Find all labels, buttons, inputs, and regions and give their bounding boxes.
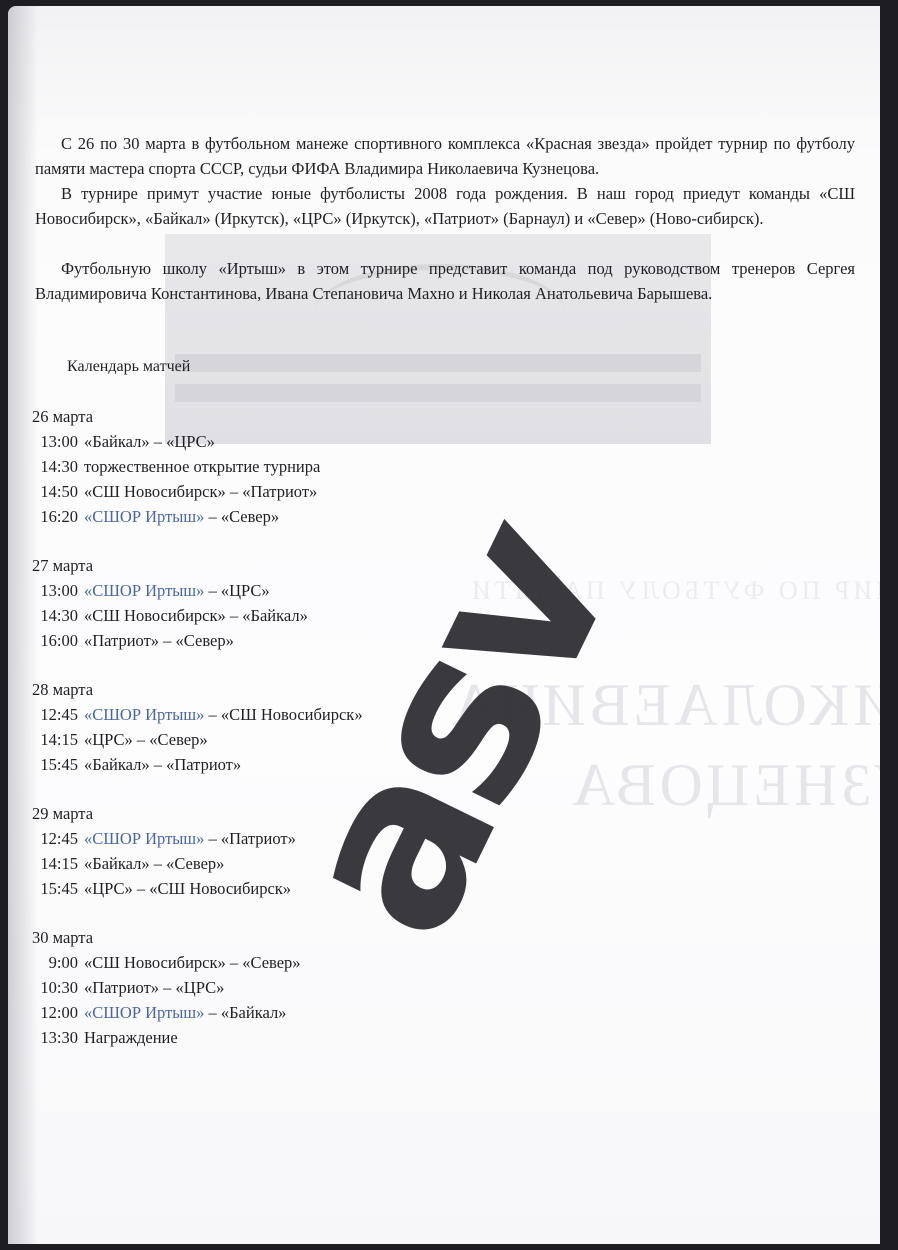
scanned-page: ТУРНИР ПО ФУТБОЛУ ПАМЯТИ ВЛАДИМИРА НИКОЛ… bbox=[8, 6, 880, 1244]
match-text: – «СШ Новосибирск» bbox=[204, 705, 362, 724]
match-row: 14:30торжественное открытие турнира bbox=[30, 454, 550, 479]
schedule-day: 26 марта13:00«Байкал» – «ЦРС»14:30торжес… bbox=[30, 404, 550, 529]
match-time: 12:45 bbox=[30, 702, 78, 727]
schedule-day: 27 марта13:00«СШОР Иртыш» – «ЦРС»14:30«С… bbox=[30, 553, 550, 653]
home-team-highlight: «СШОР Иртыш» bbox=[84, 829, 204, 848]
match-row: 14:50«СШ Новосибирск» – «Патриот» bbox=[30, 479, 550, 504]
match-row: 9:00«СШ Новосибирск» – «Север» bbox=[30, 950, 550, 975]
home-team-highlight: «СШОР Иртыш» bbox=[84, 1003, 204, 1022]
match-text: – «Байкал» bbox=[204, 1003, 286, 1022]
match-time: 13:00 bbox=[30, 578, 78, 603]
schedule-day: 29 марта12:45«СШОР Иртыш» – «Патриот»14:… bbox=[30, 801, 550, 901]
match-time: 12:00 bbox=[30, 1000, 78, 1025]
match-time: 14:15 bbox=[30, 851, 78, 876]
showthrough-band bbox=[175, 384, 701, 402]
match-text: «Байкал» – «Север» bbox=[84, 854, 224, 873]
home-team-highlight: «СШОР Иртыш» bbox=[84, 705, 204, 724]
match-row: 16:00«Патриот» – «Север» bbox=[30, 628, 550, 653]
match-row: 12:45«СШОР Иртыш» – «Патриот» bbox=[30, 826, 550, 851]
match-time: 15:45 bbox=[30, 876, 78, 901]
match-time: 14:30 bbox=[30, 603, 78, 628]
intro-paragraph: С 26 по 30 марта в футбольном манеже спо… bbox=[35, 132, 855, 181]
match-row: 12:45«СШОР Иртыш» – «СШ Новосибирск» bbox=[30, 702, 550, 727]
match-row: 12:00«СШОР Иртыш» – «Байкал» bbox=[30, 1000, 550, 1025]
match-row: 14:15«Байкал» – «Север» bbox=[30, 851, 550, 876]
match-text: «Байкал» – «ЦРС» bbox=[84, 432, 215, 451]
match-row: 13:30Награждение bbox=[30, 1025, 550, 1050]
day-date: 26 марта bbox=[30, 404, 550, 429]
match-time: 9:00 bbox=[30, 950, 78, 975]
match-time: 15:45 bbox=[30, 752, 78, 777]
day-date: 28 марта bbox=[30, 677, 550, 702]
match-time: 10:30 bbox=[30, 975, 78, 1000]
match-row: 16:20«СШОР Иртыш» – «Север» bbox=[30, 504, 550, 529]
match-text: торжественное открытие турнира bbox=[84, 457, 320, 476]
match-row: 13:00«Байкал» – «ЦРС» bbox=[30, 429, 550, 454]
day-date: 29 марта bbox=[30, 801, 550, 826]
match-time: 13:00 bbox=[30, 429, 78, 454]
match-row: 15:45«Байкал» – «Патриот» bbox=[30, 752, 550, 777]
coaches-paragraph: Футбольную школу «Иртыш» в этом турнире … bbox=[35, 257, 855, 306]
match-text: «Патриот» – «ЦРС» bbox=[84, 978, 224, 997]
showthrough-band bbox=[175, 354, 701, 372]
match-time: 13:30 bbox=[30, 1025, 78, 1050]
day-date: 27 марта bbox=[30, 553, 550, 578]
match-text: – «Север» bbox=[204, 507, 279, 526]
match-text: – «Патриот» bbox=[204, 829, 296, 848]
match-time: 14:30 bbox=[30, 454, 78, 479]
match-text: «Патриот» – «Север» bbox=[84, 631, 234, 650]
match-text: – «ЦРС» bbox=[204, 581, 269, 600]
match-row: 14:30«СШ Новосибирск» – «Байкал» bbox=[30, 603, 550, 628]
match-row: 13:00«СШОР Иртыш» – «ЦРС» bbox=[30, 578, 550, 603]
match-schedule: 26 марта13:00«Байкал» – «ЦРС»14:30торжес… bbox=[30, 404, 550, 1074]
match-time: 12:45 bbox=[30, 826, 78, 851]
home-team-highlight: «СШОР Иртыш» bbox=[84, 581, 204, 600]
match-text: «ЦРС» – «СШ Новосибирск» bbox=[84, 879, 291, 898]
match-row: 14:15«ЦРС» – «Север» bbox=[30, 727, 550, 752]
match-text: Награждение bbox=[84, 1028, 178, 1047]
match-text: «ЦРС» – «Север» bbox=[84, 730, 208, 749]
schedule-day: 30 марта9:00«СШ Новосибирск» – «Север»10… bbox=[30, 925, 550, 1050]
match-time: 16:20 bbox=[30, 504, 78, 529]
schedule-day: 28 марта12:45«СШОР Иртыш» – «СШ Новосиби… bbox=[30, 677, 550, 777]
match-time: 16:00 bbox=[30, 628, 78, 653]
participants-paragraph: В турнире примут участие юные футболисты… bbox=[35, 182, 855, 231]
match-text: «СШ Новосибирск» – «Север» bbox=[84, 953, 301, 972]
match-text: «СШ Новосибирск» – «Байкал» bbox=[84, 606, 308, 625]
match-row: 10:30«Патриот» – «ЦРС» bbox=[30, 975, 550, 1000]
match-time: 14:15 bbox=[30, 727, 78, 752]
match-text: «Байкал» – «Патриот» bbox=[84, 755, 241, 774]
match-time: 14:50 bbox=[30, 479, 78, 504]
showthrough-text: КУЗНЕЦОВА bbox=[568, 751, 880, 820]
match-text: «СШ Новосибирск» – «Патриот» bbox=[84, 482, 317, 501]
calendar-title: Календарь матчей bbox=[67, 358, 190, 376]
home-team-highlight: «СШОР Иртыш» bbox=[84, 507, 204, 526]
match-row: 15:45«ЦРС» – «СШ Новосибирск» bbox=[30, 876, 550, 901]
day-date: 30 марта bbox=[30, 925, 550, 950]
